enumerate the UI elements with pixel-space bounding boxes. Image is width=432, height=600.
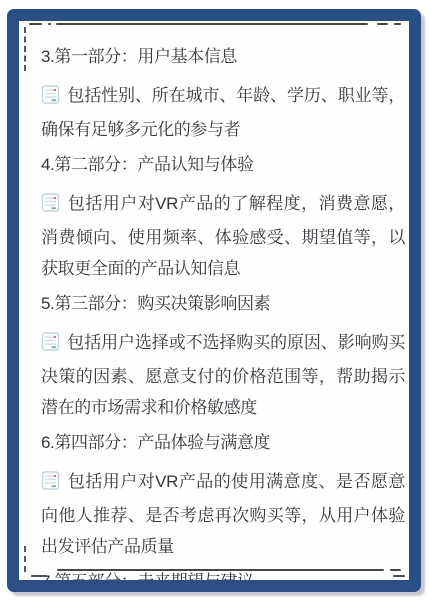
section-body-text: 包括性别、所在城市、年龄、学历、职业等，确保有足够多元化的参与者 <box>41 86 405 139</box>
bottom-right-dash <box>393 575 405 577</box>
section-2: 4.第二部分：产品认知与体验 包括用户对VR产品的了解程度，消费意愿，消费倾向、… <box>41 149 395 284</box>
note-frame: 3.第一部分：用户基本信息 包括性别、所在城市、年龄、学历、职业等，确保有足够多… <box>7 9 421 592</box>
left-edge-dash-bottom <box>24 546 26 572</box>
section-body-text: 包括用户选择或不选择购买的原因、影响购买决策的因素、愿意支付的价格范围等，帮助揭… <box>41 333 405 417</box>
section-body: 包括用户对VR产品的使用满意度、是否愿意向他人推荐、是否考虑再次购买等，从用户体… <box>41 466 405 562</box>
bottom-rule <box>29 569 401 571</box>
section-heading: 3.第一部分：用户基本信息 <box>41 41 395 72</box>
left-edge-dash-top <box>24 27 26 71</box>
notepad-icon <box>41 330 60 361</box>
section-body: 包括用户对VR产品的了解程度，消费意愿，消费倾向、使用频率、体验感受、期望值等，… <box>41 188 405 284</box>
section-body-text: 包括用户对VR产品的使用满意度、是否愿意向他人推荐、是否考虑再次购买等，从用户体… <box>41 472 405 556</box>
notepad-icon <box>41 83 60 114</box>
section-heading: 5.第三部分：购买决策影响因素 <box>41 288 395 319</box>
top-rule <box>29 23 401 25</box>
notepad-icon <box>41 469 60 500</box>
note-interior: 3.第一部分：用户基本信息 包括性别、所在城市、年龄、学历、职业等，确保有足够多… <box>19 21 409 580</box>
section-heading: 6.第四部分：产品体验与满意度 <box>41 427 395 458</box>
note-page: { "frame": { "accent_color": "#2a4f85", … <box>0 0 432 600</box>
section-body: 包括性别、所在城市、年龄、学历、职业等，确保有足够多元化的参与者 <box>41 80 405 145</box>
section-3: 5.第三部分：购买决策影响因素 包括用户选择或不选择购买的原因、影响购买决策的因… <box>41 288 395 423</box>
section-heading: 4.第二部分：产品认知与体验 <box>41 149 395 180</box>
notepad-icon <box>41 191 60 222</box>
section-body-text: 包括用户对VR产品的了解程度，消费意愿，消费倾向、使用频率、体验感受、期望值等，… <box>41 194 405 278</box>
bottom-left-dash <box>31 575 47 577</box>
section-1: 3.第一部分：用户基本信息 包括性别、所在城市、年龄、学历、职业等，确保有足够多… <box>41 41 395 145</box>
section-body: 包括用户选择或不选择购买的原因、影响购买决策的因素、愿意支付的价格范围等，帮助揭… <box>41 327 405 423</box>
section-4: 6.第四部分：产品体验与满意度 包括用户对VR产品的使用满意度、是否愿意向他人推… <box>41 427 395 562</box>
